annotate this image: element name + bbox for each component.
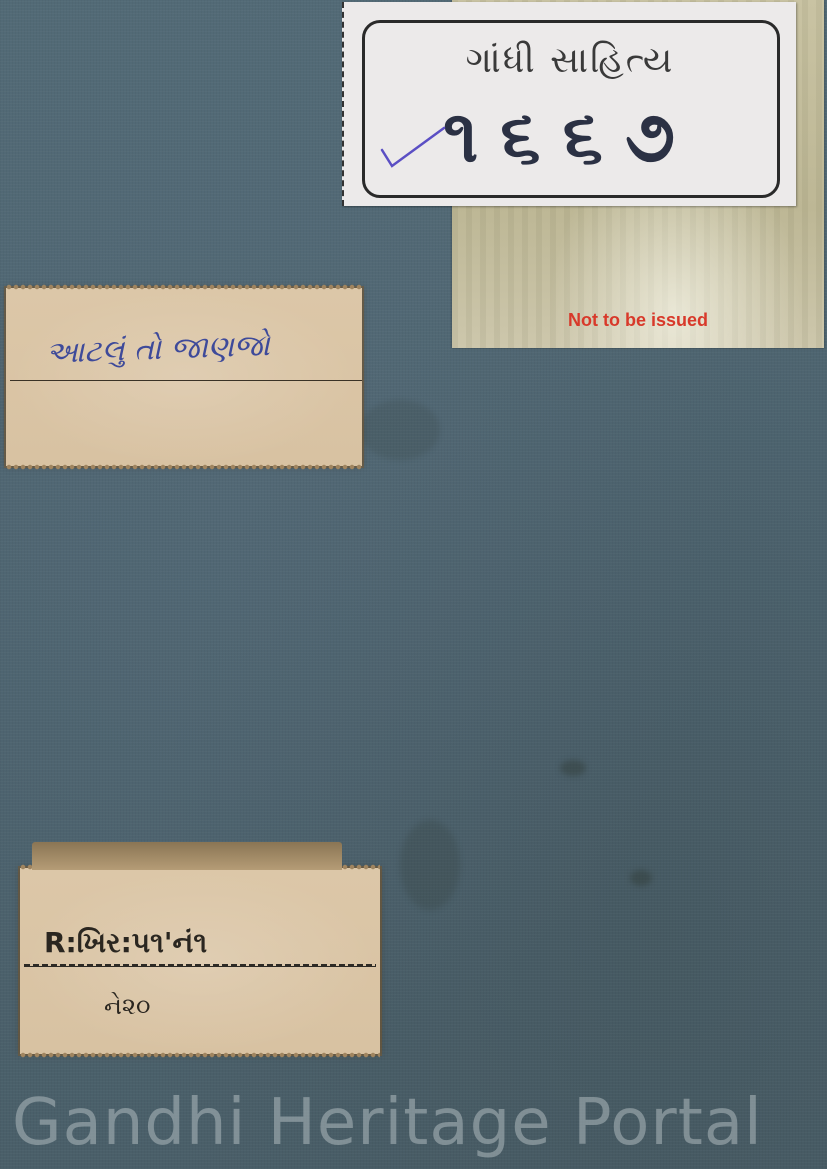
label-torn-tab xyxy=(32,842,342,870)
stamp-heading: ગાંધી સાહિત્ય xyxy=(344,40,796,82)
not-to-be-issued-note: Not to be issued xyxy=(452,310,824,331)
call-number-label: R:ખિર:૫૧'નં૧ ને૨૦ xyxy=(20,868,380,1054)
watermark: Gandhi Heritage Portal xyxy=(12,1086,763,1160)
call-number: R:ખિર:૫૧'નં૧ xyxy=(44,926,207,960)
handwritten-title: આટલું તો જાણજો xyxy=(45,328,270,371)
call-number-sub: ને૨૦ xyxy=(104,992,150,1020)
label-rule xyxy=(10,380,362,381)
title-label: આટલું તો જાણજો xyxy=(6,288,362,466)
gandhi-sahitya-stamp-label: ગાંધી સાહિત્ય ૧૬૬૭ xyxy=(342,2,796,206)
stain xyxy=(630,870,652,886)
stain xyxy=(360,400,440,460)
checkmark-icon xyxy=(378,122,448,172)
stain xyxy=(400,820,460,910)
label-rule xyxy=(24,966,376,967)
stain xyxy=(560,760,586,776)
